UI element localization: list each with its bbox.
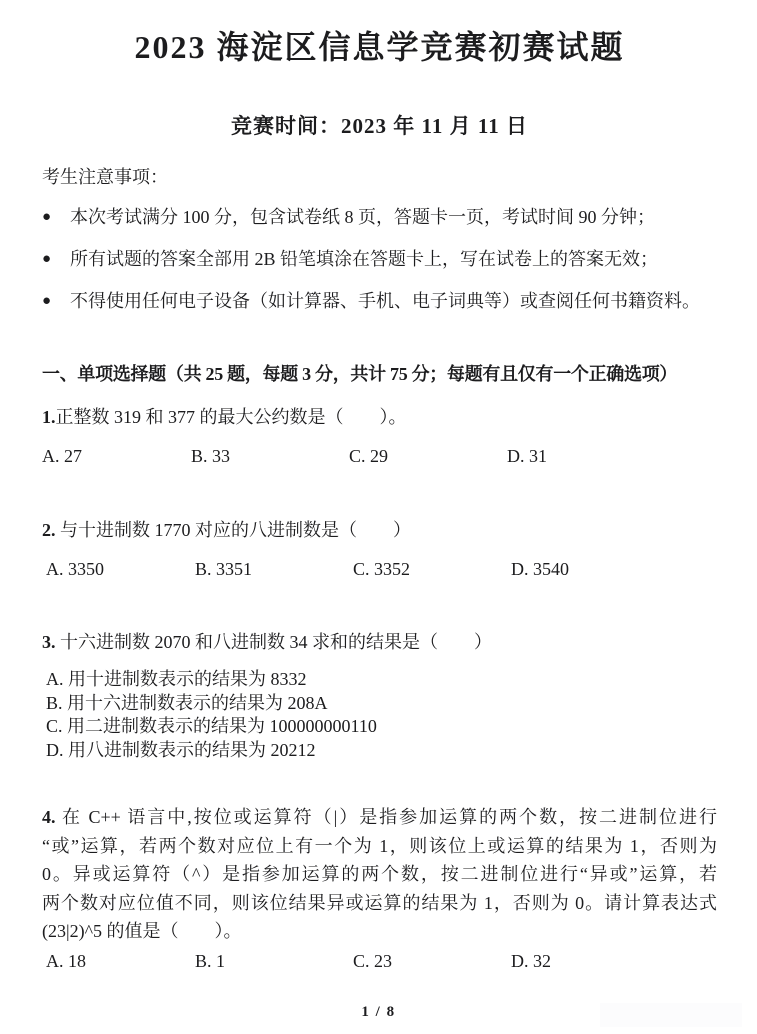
question-3-number: 3. xyxy=(42,632,56,652)
question-4: 4. 在 C++ 语言中,按位或运算符（|）是指参加运算的两个数，按二进制位进行… xyxy=(42,803,717,946)
exam-page: 2023 海淀区信息学竞赛初赛试题 竞赛时间：2023 年 11 月 11 日 … xyxy=(0,0,757,1034)
question-3-text: 十六进制数 2070 和八进制数 34 求和的结果是（ ） xyxy=(56,632,493,652)
question-4-line-3: 0。异或运算符（^）是指参加运算的两个数，按二进制位进行“异或”运算，若 xyxy=(42,860,717,889)
question-3: 3. 十六进制数 2070 和八进制数 34 求和的结果是（ ） xyxy=(42,629,717,655)
question-4-line-4: 两个数对应位值不同，则该位结果异或运算的结果为 1，否则为 0。请计算表达式 xyxy=(42,889,717,918)
question-1-option-c: C. 29 xyxy=(349,444,507,468)
question-1-options: A. 27 B. 33 C. 29 D. 31 xyxy=(42,444,717,468)
question-2: 2. 与十进制数 1770 对应的八进制数是（ ） xyxy=(42,517,717,543)
question-1: 1.正整数 319 和 377 的最大公约数是（ ）。 xyxy=(42,404,717,430)
question-3-option-a: A. 用十进制数表示的结果为 8332 xyxy=(46,668,717,692)
notice-item-2: ● 所有试题的答案全部用 2B 铅笔填涂在答题卡上，写在试卷上的答案无效； xyxy=(42,247,717,271)
question-2-number: 2. xyxy=(42,520,56,540)
question-2-option-d: D. 3540 xyxy=(511,557,717,581)
question-2-option-c: C. 3352 xyxy=(353,557,511,581)
question-4-number: 4. xyxy=(42,807,56,827)
question-2-option-a: A. 3350 xyxy=(46,557,195,581)
question-1-option-d: D. 31 xyxy=(507,444,717,468)
question-4-option-a: A. 18 xyxy=(46,949,195,973)
bullet-icon: ● xyxy=(42,247,70,271)
question-4-line-5: (23|2)^5 的值是（ ）。 xyxy=(42,917,717,946)
question-2-options: A. 3350 B. 3351 C. 3352 D. 3540 xyxy=(42,557,717,581)
question-3-option-d: D. 用八进制数表示的结果为 20212 xyxy=(46,739,717,763)
question-4-options: A. 18 B. 1 C. 23 D. 32 xyxy=(42,949,717,973)
question-3-options: A. 用十进制数表示的结果为 8332 B. 用十六进制数表示的结果为 208A… xyxy=(42,668,717,762)
question-2-text: 与十进制数 1770 对应的八进制数是（ ） xyxy=(56,520,412,540)
question-1-option-b: B. 33 xyxy=(191,444,349,468)
notice-item-3: ● 不得使用任何电子设备（如计算器、手机、电子词典等）或查阅任何书籍资料。 xyxy=(42,289,717,313)
question-4-option-d: D. 32 xyxy=(511,949,717,973)
page-title: 2023 海淀区信息学竞赛初赛试题 xyxy=(42,0,717,68)
bullet-icon: ● xyxy=(42,289,70,313)
question-4-option-b: B. 1 xyxy=(195,949,353,973)
exam-date-heading: 竞赛时间：2023 年 11 月 11 日 xyxy=(42,112,717,140)
question-4-text: 在 C++ 语言中,按位或运算符（|）是指参加运算的两个数，按二进制位进行 xyxy=(56,807,718,827)
question-1-text: 正整数 319 和 377 的最大公约数是（ ）。 xyxy=(56,407,407,427)
question-4-line-1: 4. 在 C++ 语言中,按位或运算符（|）是指参加运算的两个数，按二进制位进行 xyxy=(42,803,717,832)
notice-item-1: ● 本次考试满分 100 分，包含试卷纸 8 页，答题卡一页，考试时间 90 分… xyxy=(42,205,717,229)
notice-text: 不得使用任何电子设备（如计算器、手机、电子词典等）或查阅任何书籍资料。 xyxy=(70,289,700,313)
question-4-line-2: “或”运算，若两个数对应位上有一个为 1，则该位上或运算的结果为 1，否则为 xyxy=(42,832,717,861)
question-1-number: 1. xyxy=(42,407,56,427)
page-number: 1 / 8 xyxy=(0,1004,757,1021)
section-heading: 一、单项选择题（共 25 题，每题 3 分，共计 75 分；每题有且仅有一个正确… xyxy=(42,361,717,387)
notice-text: 所有试题的答案全部用 2B 铅笔填涂在答题卡上，写在试卷上的答案无效； xyxy=(70,247,658,271)
bullet-icon: ● xyxy=(42,205,70,229)
question-3-option-b: B. 用十六进制数表示的结果为 208A xyxy=(46,692,717,716)
question-2-option-b: B. 3351 xyxy=(195,557,353,581)
question-1-option-a: A. 27 xyxy=(42,444,191,468)
question-4-option-c: C. 23 xyxy=(353,949,511,973)
notice-text: 本次考试满分 100 分，包含试卷纸 8 页，答题卡一页，考试时间 90 分钟； xyxy=(70,205,655,229)
question-3-option-c: C. 用二进制数表示的结果为 100000000110 xyxy=(46,715,717,739)
notice-label: 考生注意事项： xyxy=(42,165,717,189)
